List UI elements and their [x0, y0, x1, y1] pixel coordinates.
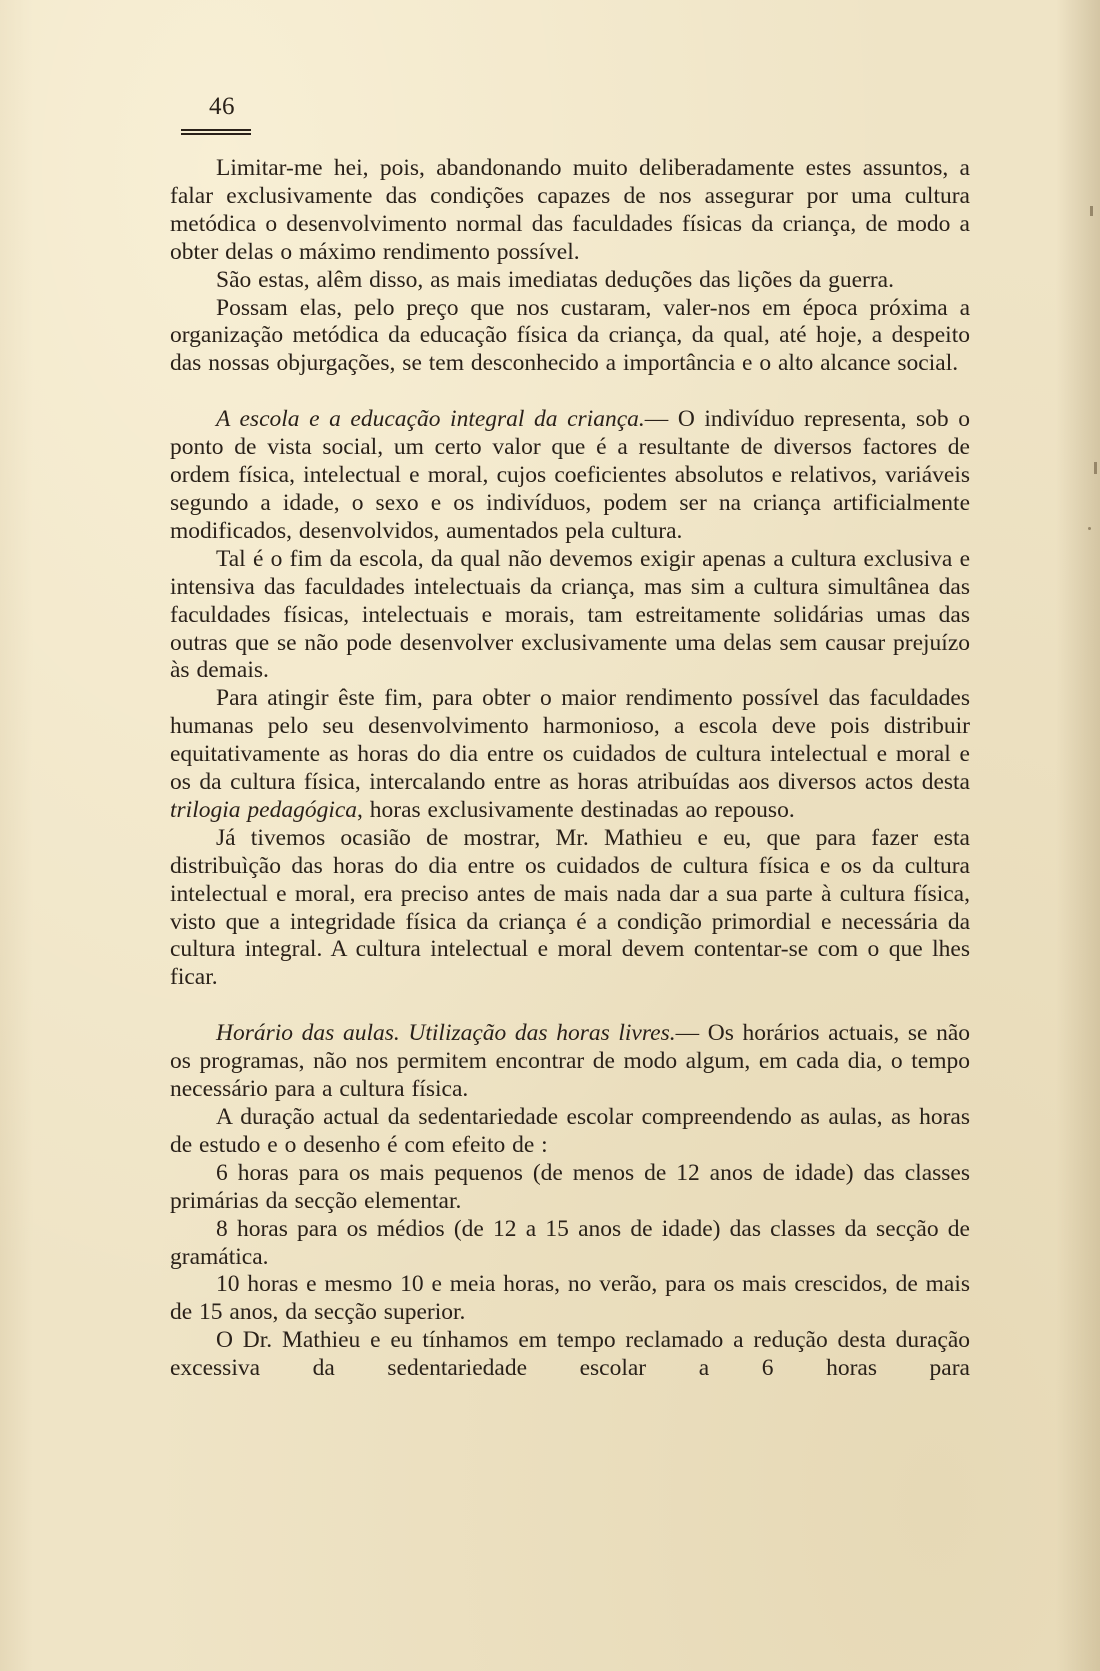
- body-text: Limitar-me hei, pois, abandonando muito …: [170, 155, 970, 1383]
- header-double-rule: [181, 129, 251, 135]
- em-dash: —: [676, 1020, 708, 1046]
- paragraph-text: , horas exclusivamente destinadas ao rep…: [357, 797, 795, 823]
- paragraph: São estas, alêm disso, as mais imediatas…: [170, 267, 970, 295]
- paragraph: O Dr. Mathieu e eu tínhamos em tempo rec…: [170, 1327, 970, 1383]
- section-spacer: [170, 992, 970, 1020]
- section-spacer: [170, 378, 970, 406]
- section-heading-schedule: Horário das aulas. Utilização das horas …: [216, 1020, 676, 1046]
- paragraph: Possam elas, pelo preço que nos custaram…: [170, 295, 970, 379]
- section-paragraph-school: A escola e a educação integral da crianç…: [170, 406, 970, 546]
- margin-mark: [1088, 527, 1091, 530]
- list-paragraph-6-hours: 6 horas para os mais pequenos (de menos …: [170, 1160, 970, 1216]
- italic-term: trilogia pedagógica: [170, 797, 357, 823]
- paragraph: Já tivemos ocasião de mostrar, Mr. Mathi…: [170, 825, 970, 992]
- paragraph-text: Para atingir êste fim, para obter o maio…: [170, 685, 970, 795]
- margin-mark: [1094, 462, 1097, 474]
- list-paragraph-8-hours: 8 horas para os médios (de 12 a 15 anos …: [170, 1216, 970, 1272]
- paragraph: Tal é o fim da escola, da qual não devem…: [170, 546, 970, 686]
- paragraph: A duração actual da sedentariedade escol…: [170, 1104, 970, 1160]
- section-heading-school: A escola e a educação integral da crianç…: [216, 406, 645, 432]
- page-number: 46: [209, 92, 235, 122]
- paragraph: Para atingir êste fim, para obter o maio…: [170, 685, 970, 825]
- paragraph: Limitar-me hei, pois, abandonando muito …: [170, 155, 970, 267]
- list-paragraph-10-hours: 10 horas e mesmo 10 e meia horas, no ver…: [170, 1271, 970, 1327]
- em-dash: —: [645, 406, 678, 432]
- section-paragraph-schedule: Horário das aulas. Utilização das horas …: [170, 1020, 970, 1104]
- margin-mark: [1090, 206, 1093, 216]
